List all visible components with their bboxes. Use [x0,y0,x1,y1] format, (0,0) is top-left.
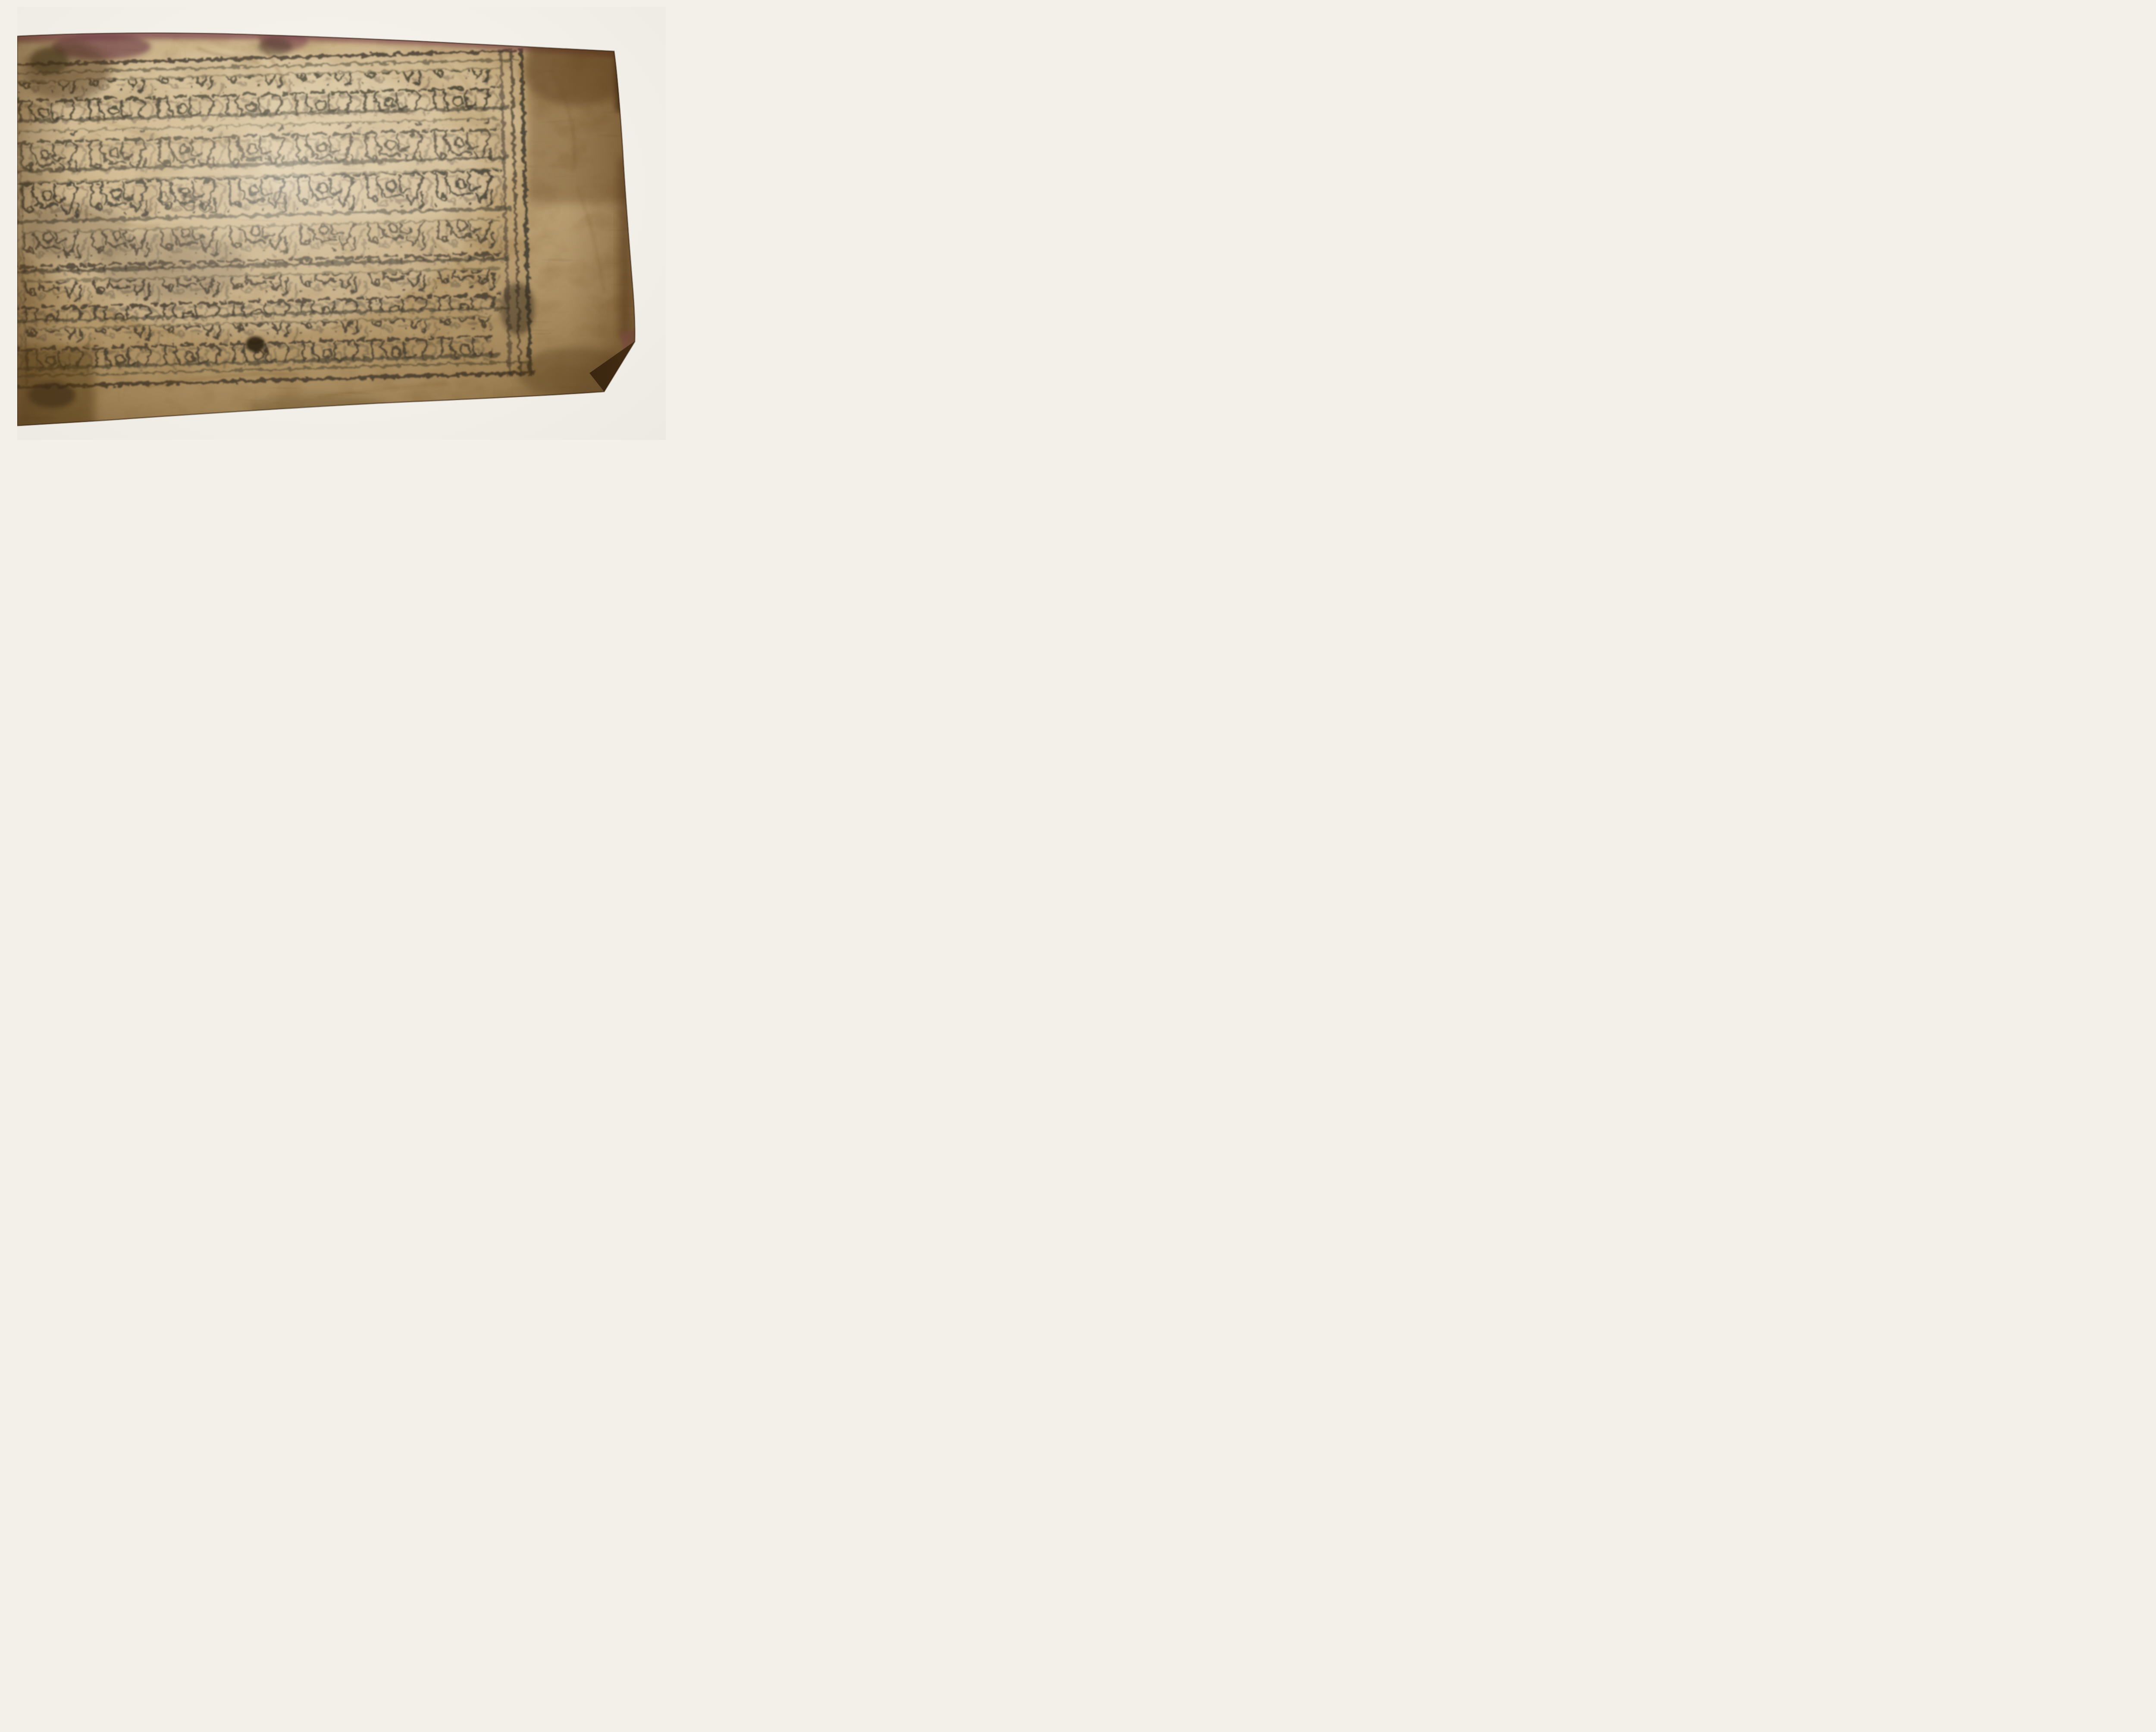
manuscript-photo [17,7,666,440]
corner-fold-fray [636,355,639,381]
edge-shading [17,24,647,434]
